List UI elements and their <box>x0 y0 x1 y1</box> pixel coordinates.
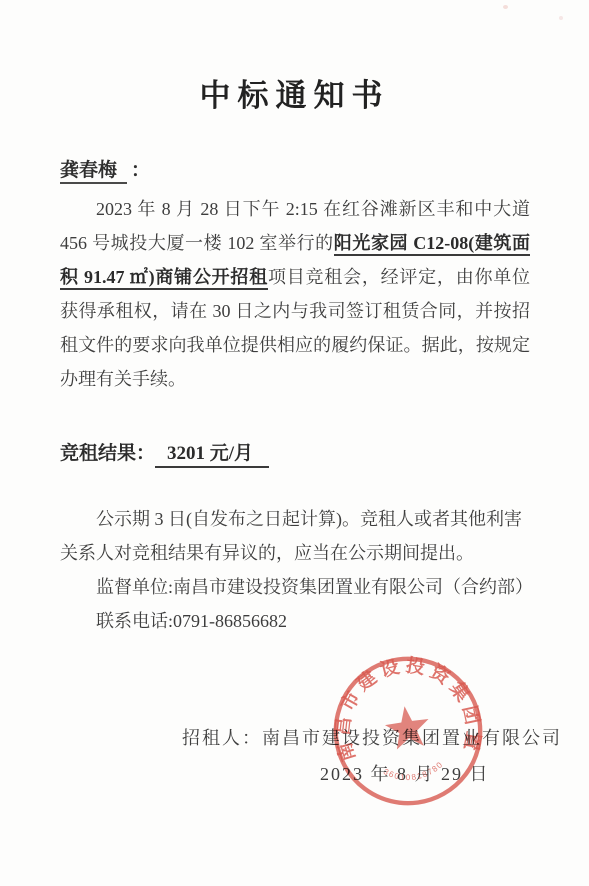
contact-phone-line: 联系电话:0791-86856682 <box>60 604 538 638</box>
paragraph-line-6: 办理有关手续。 <box>60 362 530 396</box>
paragraph-line-4: 获得承租权，请在 30 日之内与我司签订租赁合同，并按招 <box>60 294 530 328</box>
addressee-name: 龚春梅 <box>60 160 127 184</box>
project-name-bold-part1: 阳光家园 C12-08(建筑面 <box>334 233 530 256</box>
paragraph-line-1: 2023 年 8 月 28 日下午 2:15 在红谷滩新区丰和中大道 <box>60 192 530 226</box>
scan-speck <box>503 5 508 9</box>
bid-result-value: 3201 元/月 <box>155 443 269 468</box>
bid-result-label: 竞租结果： <box>60 443 155 464</box>
star-icon <box>383 703 432 751</box>
paragraph-line-2: 456 号城投大厦一楼 102 室举行的阳光家园 C12-08(建筑面 <box>60 226 530 260</box>
paragraph-line-3: 积 91.47 ㎡)商铺公开招租项目竞租会，经评定，由你单位 <box>60 260 530 294</box>
bid-result-line: 竞租结果：3201 元/月 <box>60 438 269 465</box>
addressee-line: 龚春梅： <box>60 155 150 182</box>
notice-line-1: 公示期 3 日(自发布之日起计算)。竞租人或者其他利害 <box>60 502 538 536</box>
page-title: 中标通知书 <box>0 70 589 115</box>
document-page: 中标通知书 龚春梅： 2023 年 8 月 28 日下午 2:15 在红谷滩新区… <box>0 0 589 886</box>
addressee-colon: ： <box>127 160 150 181</box>
project-name-bold-part2: 积 91.47 ㎡)商铺公开招租 <box>60 267 268 290</box>
notice-line-2: 关系人对竞租结果有异议的，应当在公示期间提出。 <box>60 536 538 570</box>
seal-code-text: 36010818780 <box>381 759 447 786</box>
scan-speck <box>559 16 563 20</box>
notice-block: 公示期 3 日(自发布之日起计算)。竞租人或者其他利害 关系人对竞租结果有异议的… <box>60 502 538 638</box>
company-seal-graphic: 南昌市建设投资集团置业有限公司 36010818780 <box>321 644 495 818</box>
supervisor-line: 监督单位:南昌市建设投资集团置业有限公司（合约部） <box>60 570 538 604</box>
company-seal: 南昌市建设投资集团置业有限公司 36010818780 <box>321 644 495 818</box>
body-paragraph: 2023 年 8 月 28 日下午 2:15 在红谷滩新区丰和中大道 456 号… <box>60 192 530 396</box>
paragraph-line-5: 租文件的要求向我单位提供相应的履约保证。据此，按规定 <box>60 328 530 362</box>
